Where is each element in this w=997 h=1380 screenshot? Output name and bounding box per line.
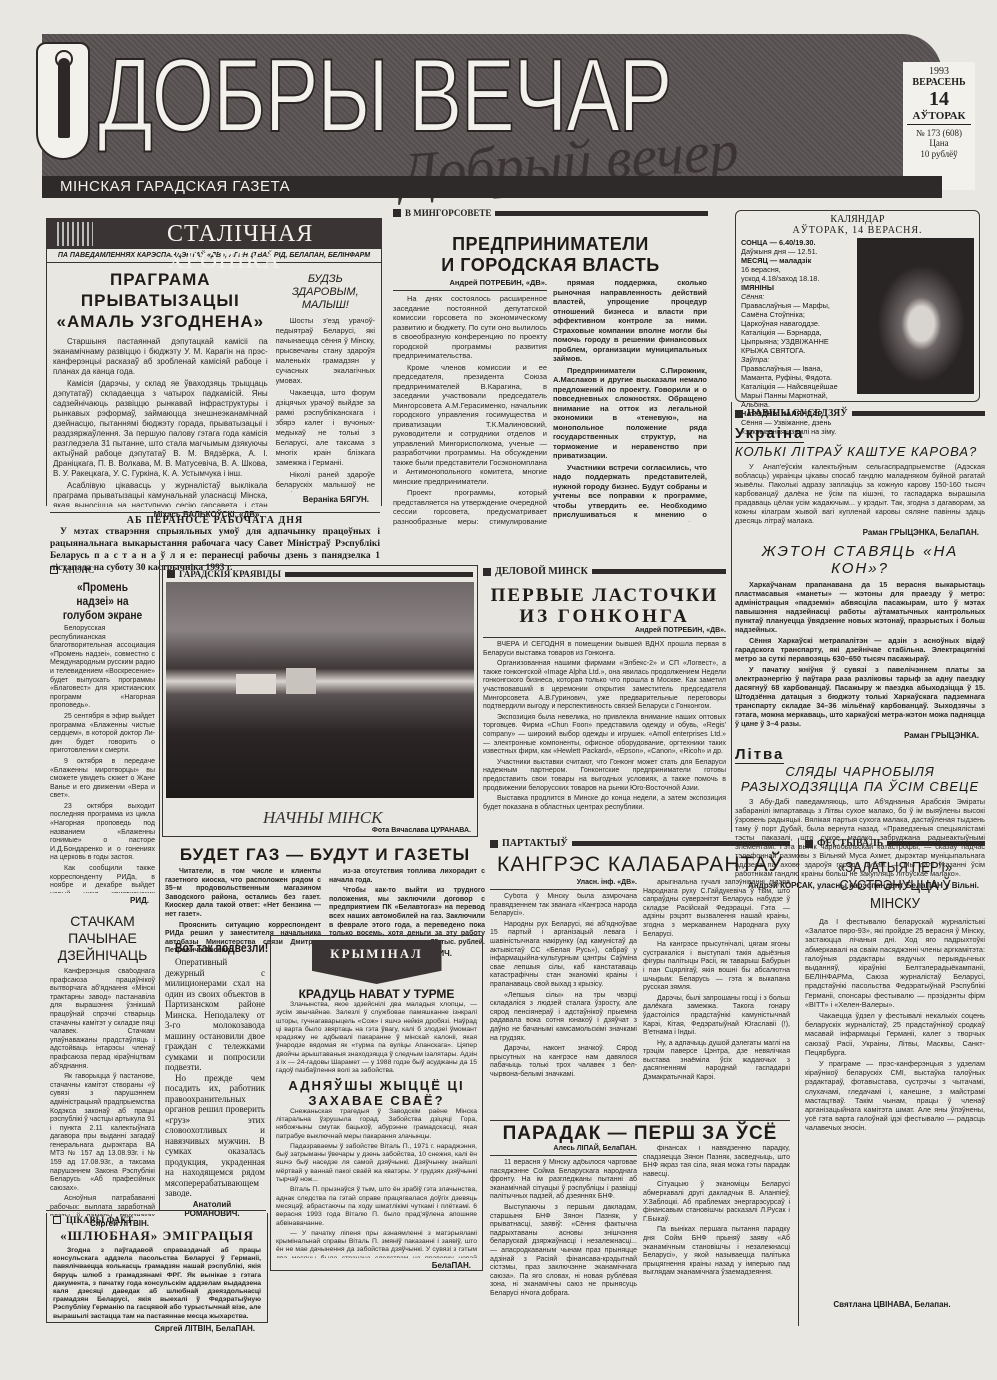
notice-title: АБ ПЕРАНОСЕ РАБОЧАГА ДНЯ [50, 515, 380, 526]
section-square-icon [167, 570, 175, 578]
anons-signature: РИД. [50, 896, 155, 905]
issue-month: ВЕРАСЕНЬ [903, 77, 975, 88]
paragraph: Да І фестывалю беларускай журналістыкі «… [805, 917, 985, 1009]
paragraph: ВЧЕРА И СЕГОДНЯ в помещении бывшей ВДНХ … [483, 641, 726, 658]
paradak-col2: фінансах і навядзенню парадку, спадзяецц… [643, 1145, 790, 1329]
ukraine-signature: Раман ГРЫЦЭНКА, БелаПАН. [735, 528, 985, 537]
partactyu-byline: Уласн. інф. «ДВ». [490, 879, 637, 890]
ukraine-text: У Анап'еўскім калектыўным сельгаспрадпры… [735, 462, 985, 525]
token-headline: ЖЭТОН СТАВЯЦЬ «НА КОН»? [735, 543, 985, 577]
partactyu-col2: арыгінальна гучалі запэўніванні лідэра Н… [643, 879, 790, 1093]
paragraph: Участники выставки считают, что Гонконг … [483, 759, 726, 793]
paragraph: Субота ў Мінску была азмрочана правядзен… [490, 893, 637, 919]
paragraph: Экспозиция была невелика, но привлекла в… [483, 714, 726, 757]
paragraph: фінансах і навядзенню парадку, спадзяецц… [643, 1145, 790, 1179]
chronicle-main-headline: ПРАГРАМА ПРЫВАТЫЗАЦЫІ «АМАЛЬ УЗГОДНЕНА» [53, 269, 268, 332]
anons-label-text: АНОНС [62, 565, 94, 575]
podvezli-body: Оперативный дежурный с милиционерами сха… [165, 957, 265, 1197]
calendar-line: Каталіцкія — Найсвяцейшае Марыі Панны Ма… [741, 382, 853, 409]
calendar-lines: СОНЦА — 6.40/19.30. Даўжыня дня — 12.51.… [741, 238, 853, 436]
calendar-line: ІМЯНІНЫ [741, 283, 853, 292]
paragraph: Организованная нашими фирмами «Элбекс-2»… [483, 660, 726, 712]
squirrel-photo [857, 238, 974, 394]
calendar-line: Даўжыня дня — 12.51. [741, 247, 853, 256]
section-label: ГАРАДСКІЯ КРАЯВІДЫ [179, 569, 281, 579]
paragraph: 25 сентября в эфир выйдет программа «Бла… [50, 713, 155, 756]
paragraph: Харкаўчанам прапанавана да 15 верасня вы… [735, 580, 985, 634]
mingorsovet-section-header: В МИНГОРСОВЕТЕ [393, 208, 708, 218]
paragraph: Па выніках першага пытання парадку дня С… [643, 1226, 790, 1278]
paragraph: Старшыня пастаяннай дэпутацкай камісіі п… [53, 337, 268, 377]
section-square-icon [483, 568, 491, 576]
paragraph: арыгінальна гучалі запэўніванні лідэра Н… [643, 879, 790, 939]
building-shape [286, 668, 316, 694]
paragraph: из-за отсутствия топлива лихорадит с нач… [329, 868, 485, 885]
paragraph: Чакаецца, што форум дзіцячых урачоў выйд… [276, 388, 375, 468]
chronicle-banner-title: СТАЛІЧНАЯ ХРОНІКА [167, 221, 381, 275]
column-divider [159, 560, 160, 1210]
issue-date-box: 1993 ВЕРАСЕНЬ 14 АЎТОРАК № 173 (608) Цан… [903, 62, 975, 190]
neighbors-section: НАВІНЫ СУСЕДЗЯЎ Украіна КОЛЬКІ ЛІТРАЎ КА… [735, 408, 985, 890]
business-section-header: ДЕЛОВОЙ МИНСК [483, 566, 726, 577]
paragraph: Чакаецца ўдзел у фестывалі некалькіх соц… [805, 1011, 985, 1057]
building-shape [236, 674, 276, 694]
mingorsovet-headline-1: ПРЕДПРИНИМАТЕЛИ [393, 234, 708, 254]
anons-label: АНОНС [50, 565, 155, 575]
crime-section: КРЫМІНАЛ КРАДУЦЬ НАВАТ У ТУРМЕ Злачынств… [270, 935, 483, 1271]
neighbors-section-header: НАВІНЫ СУСЕДЗЯЎ [735, 408, 985, 419]
festival-signature: Святлана ЦВІНАВА, Белапан. [805, 1300, 985, 1309]
calendar-line: Сёння: [741, 292, 853, 301]
crime-banner-text: КРЫМІНАЛ [330, 946, 423, 961]
business-section: ДЕЛОВОЙ МИНСК ПЕРВЫЕ ЛАСТОЧКИ ИЗ ГОНКОНГ… [483, 566, 726, 839]
price-label: Цана [903, 138, 975, 149]
paragraph: Ну, а адпачыць душой дэлегаты маглі на т… [643, 1040, 790, 1083]
section-square-icon [490, 840, 498, 848]
issue-day: 14 [903, 88, 975, 110]
lantern-icon [57, 222, 93, 246]
mingorsovet-headline-2: И ГОРОДСКАЯ ВЛАСТЬ [393, 254, 708, 276]
paragraph: На кангрэсе прысутнічалі, цягам ягоны су… [643, 941, 790, 993]
partactyu-section: ПАРТАКТЫЎ КАНГРЭС КАЛАБАРАНТАЎ Уласн. ін… [490, 838, 790, 1093]
paradak-article: ПАРАДАК — ПЕРШ ЗА ЎСЁ Алесь ЛІПАЙ, БелаП… [490, 1120, 790, 1329]
mingorsovet-byline: Андрей ПОТРЕБИН, «ДВ». [393, 278, 547, 291]
paragraph: Сітуацыю ў эканоміцы Беларусі абмеркавал… [643, 1181, 790, 1224]
paradak-col1: 11 верасня ў Мінску адбылося чарговае па… [490, 1159, 637, 1329]
lithuania-headline: СЛЯДЫ ЧАРНОБЫЛЯ РАЗЫХОДЗЯЦЦА ПА ЎСІМ СВЕ… [735, 764, 985, 794]
mingorsovet-col1: На днях состоялось расширенное заседание… [393, 294, 547, 526]
calendar-date: АЎТОРАК, 14 ВЕРАСНЯ. [741, 225, 974, 236]
crime-text-1: Злачынства, якое здзейснілі два маладыя … [276, 1001, 477, 1076]
chronicle-side-body: Шосты з'езд урачоў-педыятраў Беларусі, я… [276, 316, 375, 492]
calendar-box: КАЛЯНДАР АЎТОРАК, 14 ВЕРАСНЯ. СОНЦА — 6.… [735, 210, 980, 402]
calendar-line: СОНЦА — 6.40/19.30. [741, 238, 853, 247]
paragraph: У Анап'еўскім калектыўным сельгаспрадпры… [735, 462, 985, 525]
subtitle-bar: МІНСКАЯ ГАРАДСКАЯ ГАЗЕТА [42, 176, 942, 198]
night-minsk-photo [166, 582, 474, 798]
gas-headline: БУДЕТ ГАЗ — БУДУТ И ГАЗЕТЫ [165, 845, 485, 865]
city-views-section: ГАРАДСКІЯ КРАЯВІДЫ НАЧНЫ МІНСК Фота Вяча… [162, 565, 478, 837]
paragraph: — У пачатку ліпеня пры азнаямленні з мат… [276, 1230, 477, 1258]
crime-headline-1: КРАДУЦЬ НАВАТ У ТУРМЕ [276, 987, 477, 1001]
calendar-line: ускод 4.18/заход 18.18. [741, 274, 853, 283]
paragraph: Выступаючы з першым дакладам, старшыня Б… [490, 1204, 637, 1299]
mingorsovet-col2: прямая поддержка, сколько рыночная напра… [553, 278, 707, 526]
column-divider [798, 838, 799, 1326]
section-label: ФЕСТЫВАЛЬ [817, 838, 883, 849]
anons-headline: «Промень надзеі» на голубом экране [58, 580, 147, 622]
paragraph: Народны рух Беларусі, які аб'ядноўвае 15… [490, 921, 637, 990]
issue-number: № 173 (608) [903, 128, 975, 138]
chronicle-section: СТАЛІЧНАЯ ХРОНІКА ПА ПАВЕДАМЛЕННЯХ КАРЭС… [46, 218, 382, 506]
partactyu-headline: КАНГРЭС КАЛАБАРАНТАЎ [490, 853, 790, 877]
paragraph: Канферэнцыя свабоднага прафсаюза працаўн… [50, 968, 155, 1071]
paragraph: Читатели, в том числе и клиенты газетног… [165, 868, 321, 920]
mingorsovet-section: В МИНГОРСОВЕТЕ ПРЕДПРИНИМАТЕЛИ И ГОРОДСК… [393, 208, 708, 526]
paragraph: У праграме — прэс-канферэнцыя з удзелам … [805, 1059, 985, 1133]
calendar-line: Каталіцкія — Бэрнарда, Цыпрыяна; УЗДВІЖА… [741, 328, 853, 355]
strike-body: Канферэнцыя свабоднага прафсаюза працаўн… [50, 968, 155, 1216]
paragraph: Но прежде чем посадить их, работник прав… [165, 1073, 265, 1198]
paragraph: 11 верасня ў Мінску адбылося чарговае па… [490, 1159, 637, 1202]
paragraph: Снежаньская трагедыя ў Заводскім раёне М… [276, 1108, 477, 1141]
section-label: ПАРТАКТЫЎ [502, 838, 568, 849]
calendar-line: Царкоўная навагоддзе. [741, 319, 853, 328]
issue-year: 1993 [903, 66, 975, 77]
strike-headline: СТАЧКАМ ПАЧЫНАЕ ДЗЕЙНІЧАЦЬ [50, 913, 155, 964]
ukraine-headline: КОЛЬКІ ЛІТРАЎ КАШТУЕ КАРОВА? [735, 444, 985, 459]
paragraph: Шосты з'езд урачоў-педыятраў Беларусі, я… [276, 316, 375, 386]
paragraph: Злачынства, якое здзейснілі два маладыя … [276, 1001, 477, 1076]
paradak-byline: Алесь ЛІПАЙ, БелаПАН. [490, 1145, 637, 1156]
calendar-line: МЕСЯЦ — маладзік [741, 256, 853, 265]
paragraph: Оперативный дежурный с милиционерами сха… [165, 957, 265, 1073]
paragraph: Кроме членов комиссии и ее председателя,… [393, 363, 547, 487]
photo-credit: Фота Вячаслава ЦУРАНАВА. [372, 827, 471, 834]
partactyu-header: ПАРТАКТЫЎ [490, 838, 790, 849]
paragraph: У пачатку жніўня ў сувязі з павелічэннем… [735, 665, 985, 728]
chronicle-main-body: Старшыня пастаяннай дэпутацкай камісіі п… [53, 337, 268, 507]
chronicle-side-headline: БУДЗЬ ЗДАРОВЫМ, МАЛЫШ! [276, 273, 375, 312]
column-divider [731, 402, 732, 832]
calendar-line: Праваслаўныя — Івана, Маманта, Руфіны, Ф… [741, 364, 853, 382]
fact-text: Згодна з паўгадавой справаздачай аб прац… [53, 1247, 261, 1321]
paragraph: 9 октября в передаче «Блаженны миротворц… [50, 758, 155, 801]
price-value: 10 рублёў [903, 149, 975, 160]
section-label: ДЕЛОВОЙ МИНСК [495, 566, 588, 577]
anons-body: Белорусская республиканская благотворите… [50, 625, 155, 893]
paragraph: Згодна з паўгадавой справаздачай аб прац… [53, 1247, 261, 1321]
festival-headline: «ЗАЛАТЫЯ ПЕР'І» СУСТРЭНУЦЦА Ў МІНСКУ [825, 859, 966, 913]
festival-header: ФЕСТЫВАЛЬ [805, 838, 985, 849]
interesting-fact-section: ЦІКАВЫ ФАКТ «ШЛЮБНАЯ» ЭМІГРАЦЫЯ Згодна з… [46, 1213, 268, 1323]
crime-banner: КРЫМІНАЛ [312, 940, 442, 984]
paragraph: прямая поддержка, сколько рыночная напра… [553, 278, 707, 364]
calendar-line: Праваслаўныя — Марфы, Самёна Стоўпніка; [741, 301, 853, 319]
checkbox-square-icon [50, 566, 58, 574]
business-headline-1: ПЕРВЫЕ ЛАСТОЧКИ [483, 585, 726, 606]
token-text: Харкаўчанам прапанавана да 15 верасня вы… [735, 580, 985, 728]
ukraine-label: Украіна [735, 425, 804, 443]
podvezli-article: Вот так подвезли! Оперативный дежурный с… [165, 940, 265, 1218]
section-label: В МИНГОРСОВЕТЕ [405, 208, 491, 218]
section-square-icon [805, 840, 813, 848]
anons-section: АНОНС «Промень надзеі» на голубом экране… [50, 565, 155, 1228]
fact-label-text: ЦІКАВЫ ФАКТ [66, 1215, 133, 1225]
fact-signature: Сяргей ЛІТВІН, БелаПАН. [53, 1324, 261, 1333]
city-views-header: ГАРАДСКІЯ КРАЯВІДЫ [163, 566, 477, 582]
city-views-caption: НАЧНЫ МІНСК [263, 808, 382, 828]
checkbox-square-icon [53, 1216, 61, 1224]
festival-section: ФЕСТЫВАЛЬ «ЗАЛАТЫЯ ПЕР'І» СУСТРЭНУЦЦА Ў … [805, 838, 985, 1309]
section-square-icon [735, 410, 743, 418]
fact-headline: «ШЛЮБНАЯ» ЭМІГРАЦЫЯ [53, 1228, 261, 1244]
paragraph: Как сообщили также корреспонденту РИДа, … [50, 865, 155, 893]
paragraph: Дарэчы, наконт значкоў. Сярод прысутных … [490, 1045, 637, 1079]
section-square-icon [393, 209, 401, 217]
paradak-headline: ПАРАДАК — ПЕРШ ЗА ЎСЁ [490, 1123, 790, 1145]
calendar-title: КАЛЯНДАР [741, 214, 974, 225]
newspaper-subtitle: МІНСКАЯ ГАРАДСКАЯ ГАЗЕТА [60, 178, 290, 195]
paragraph: На днях состоялось расширенное заседание… [393, 294, 547, 361]
paragraph: Ніколі раней здароўе беларускіх малышоў … [276, 470, 375, 492]
crime-headline-2: АДНЯЎШЫ ЖЫЦЦЁ ЦІ ЗАХАВАЕ СВАЁ? [276, 1078, 477, 1108]
paragraph: Як гаворыцца ў пастанове, стачачны каміт… [50, 1073, 155, 1193]
paragraph: Сёння Харкаўскі метрапалітэн — адзін з а… [735, 636, 985, 663]
calendar-line: Заўтра: [741, 355, 853, 364]
lithuania-label: Літва [735, 746, 784, 764]
token-signature: Раман ГРЫЦЭНКА. [735, 731, 985, 740]
business-body: ВЧЕРА И СЕГОДНЯ в помещении бывшей ВДНХ … [483, 641, 726, 839]
chronicle-side-signature: Вераніка БЯГУН. [276, 495, 375, 504]
paragraph: 23 октября выходит последняя программа и… [50, 803, 155, 863]
festival-body: Да І фестывалю беларускай журналістыкі «… [805, 917, 985, 1297]
business-byline: Андрей ПОТРЕБИН, «ДВ». [483, 627, 726, 638]
paragraph: Проект программы, который представляется… [393, 488, 547, 526]
paragraph: Предприниматели С.Пирожник, А.Маслаков и… [553, 366, 707, 461]
crime-signature: БелаПАН. [276, 1261, 477, 1270]
crime-text-2: Снежаньская трагедыя ў Заводскім раёне М… [276, 1108, 477, 1258]
fact-label: ЦІКАВЫ ФАКТ [53, 1215, 261, 1225]
minsk-coat-of-arms-icon [36, 42, 90, 160]
paragraph: Белорусская республиканская благотворите… [50, 625, 155, 711]
section-label: НАВІНЫ СУСЕДЗЯЎ [747, 408, 848, 419]
paragraph: Камісія (дарэчы, у склад яе ўваходзяць т… [53, 379, 268, 479]
paragraph: Участники встречи согласились, что надо … [553, 463, 707, 523]
chronicle-banner: СТАЛІЧНАЯ ХРОНІКА [47, 219, 381, 249]
issue-weekday: АЎТОРАК [907, 110, 971, 125]
partactyu-col1: Субота ў Мінску была азмрочана правядзен… [490, 893, 637, 1093]
paragraph: Віталь П. прызнаўся ў тым, што ён зрабіў… [276, 1186, 477, 1227]
paragraph: Падазраваемы ў забойстве Віталь П., 1971… [276, 1143, 477, 1184]
paragraph: «Лепшыя сілы» на тры чвэрці складаліся з… [490, 992, 637, 1044]
calendar-line: 16 верасня, [741, 265, 853, 274]
paragraph: Асаблівую цікавасць у журналістаў выклік… [53, 481, 268, 507]
business-headline-2: ИЗ ГОНКОНГА [483, 606, 726, 627]
paragraph: Выставка продлится в Минске до конца нед… [483, 795, 726, 812]
podvezli-headline: Вот так подвезли! [175, 940, 255, 955]
paragraph: Дарэчы, былі запрошаны госці і з больш д… [643, 995, 790, 1038]
